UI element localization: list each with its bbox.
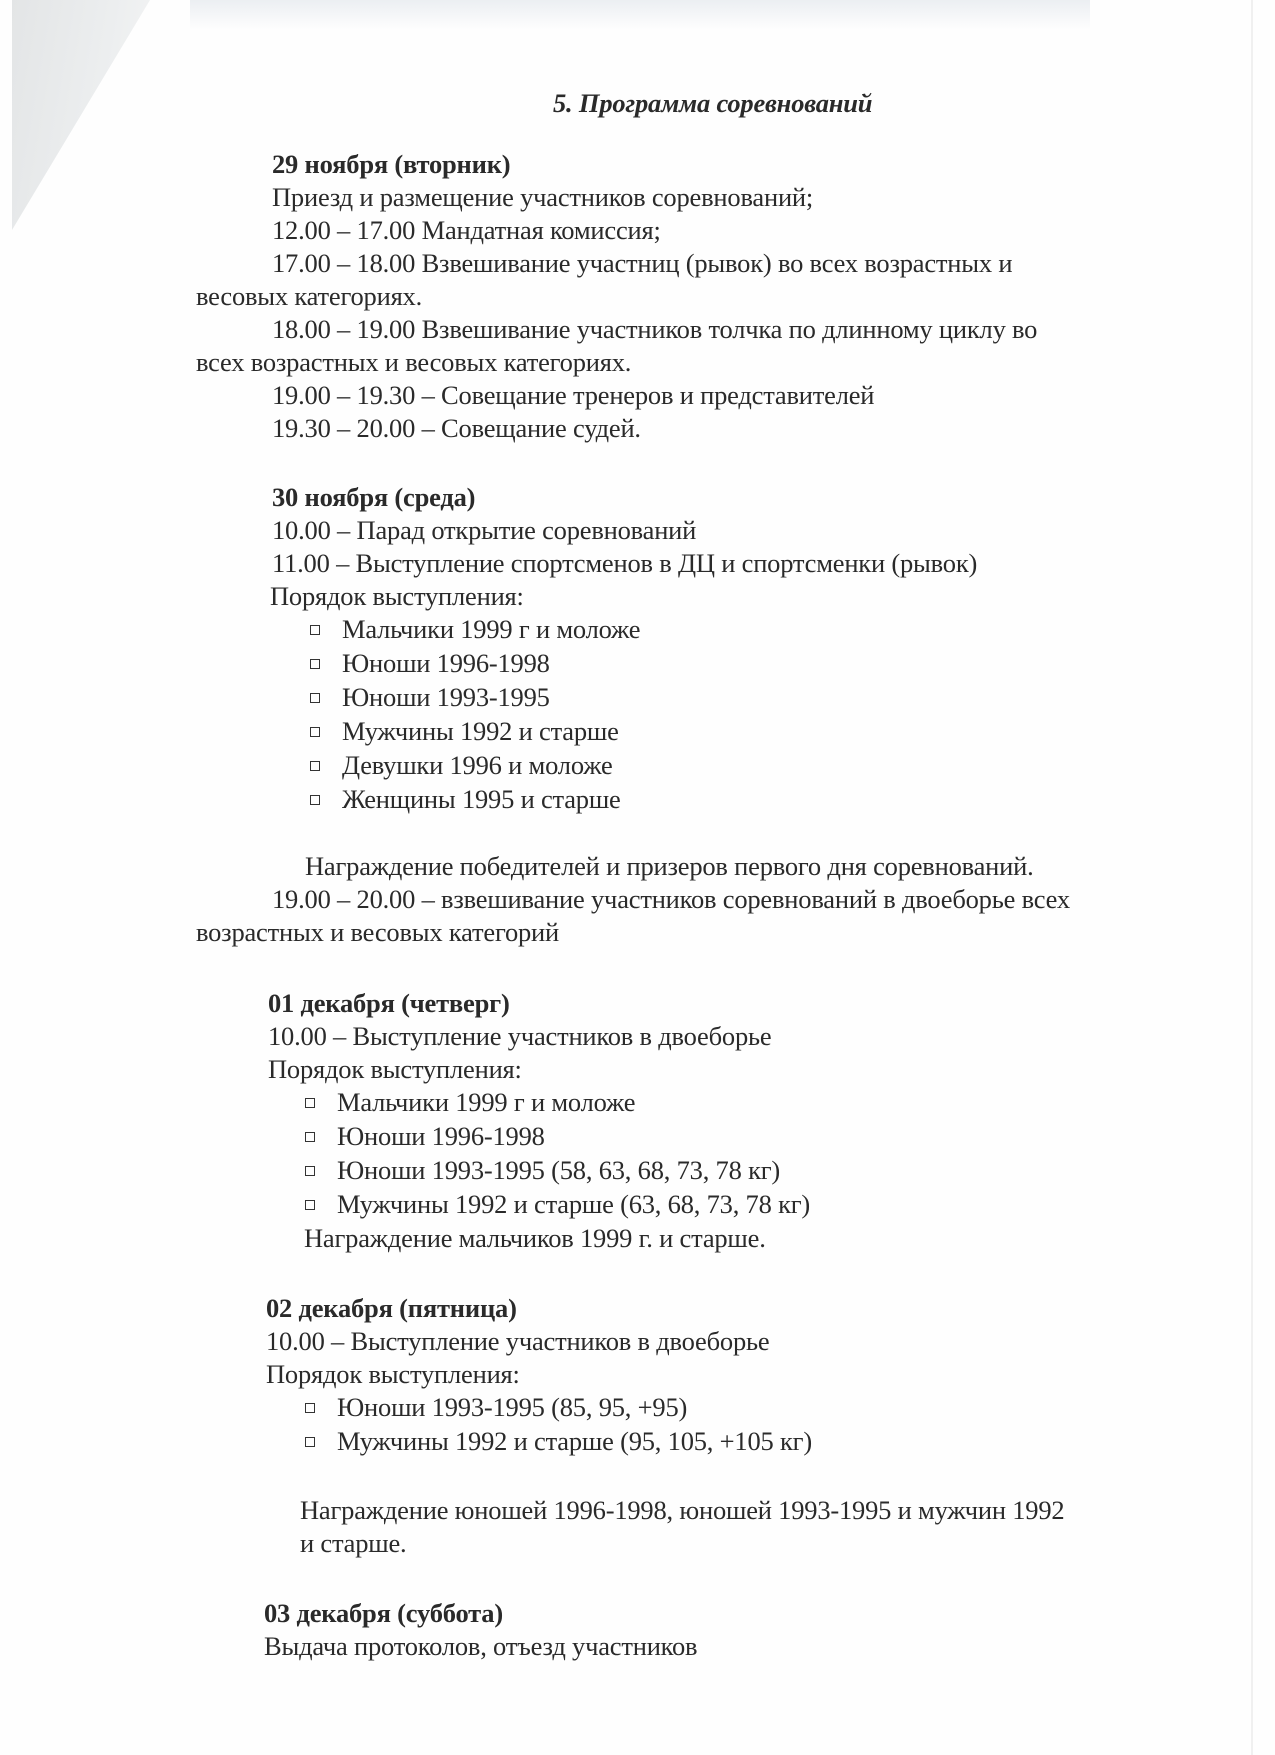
schedule-line: 18.00 – 19.00 Взвешивание участников тол… bbox=[272, 314, 1037, 344]
list-item-text: Девушки 1996 и моложе bbox=[342, 750, 613, 780]
schedule-line: 10.00 – Выступление участников в двоебор… bbox=[268, 1021, 771, 1051]
list-item: Мужчины 1992 и старше (63, 68, 73, 78 кг… bbox=[305, 1189, 810, 1219]
square-bullet-icon bbox=[305, 1166, 315, 1176]
square-bullet-icon bbox=[310, 659, 320, 669]
schedule-line: 12.00 – 17.00 Мандатная комиссия; bbox=[272, 215, 661, 245]
list-item-text: Женщины 1995 и старше bbox=[342, 784, 621, 814]
award-line: Награждение юношей 1996-1998, юношей 199… bbox=[300, 1495, 1064, 1525]
list-item-text: Мужчины 1992 и старше (95, 105, +105 кг) bbox=[337, 1426, 812, 1456]
schedule-line: Приезд и размещение участников соревнова… bbox=[272, 182, 813, 212]
list-item-text: Мужчины 1992 и старше bbox=[342, 716, 619, 746]
schedule-line: 10.00 – Выступление участников в двоебор… bbox=[266, 1326, 769, 1356]
schedule-line: 19.00 – 20.00 – взвешивание участников с… bbox=[272, 884, 1070, 914]
list-item-text: Юноши 1993-1995 (85, 95, +95) bbox=[337, 1392, 687, 1422]
square-bullet-icon bbox=[305, 1132, 315, 1142]
list-item-text: Мальчики 1999 г и моложе bbox=[337, 1087, 635, 1117]
schedule-line: 10.00 – Парад открытие соревнований bbox=[272, 515, 696, 545]
square-bullet-icon bbox=[305, 1403, 315, 1413]
schedule-line: Порядок выступления: bbox=[268, 1054, 522, 1084]
schedule-line: Выдача протоколов, отъезд участников bbox=[264, 1631, 697, 1661]
list-item: Мужчины 1992 и старше (95, 105, +105 кг) bbox=[305, 1426, 812, 1456]
scan-bleed-through bbox=[190, 0, 1090, 30]
day-heading: 03 декабря (суббота) bbox=[264, 1598, 503, 1628]
schedule-line: 17.00 – 18.00 Взвешивание участниц (рыво… bbox=[272, 248, 1012, 278]
award-line: Награждение победителей и призеров перво… bbox=[305, 851, 1034, 881]
schedule-line: всех возрастных и весовых категориях. bbox=[196, 347, 631, 377]
square-bullet-icon bbox=[310, 761, 320, 771]
award-line: и старше. bbox=[300, 1528, 406, 1558]
list-item: Юноши 1993-1995 (58, 63, 68, 73, 78 кг) bbox=[305, 1155, 780, 1185]
square-bullet-icon bbox=[305, 1098, 315, 1108]
list-item-text: Юноши 1993-1995 (58, 63, 68, 73, 78 кг) bbox=[337, 1155, 780, 1185]
list-item: Юноши 1996-1998 bbox=[305, 1121, 545, 1151]
schedule-line: 19.30 – 20.00 – Совещание судей. bbox=[272, 413, 641, 443]
list-item: Юноши 1993-1995 (85, 95, +95) bbox=[305, 1392, 687, 1422]
day-heading: 29 ноября (вторник) bbox=[272, 149, 510, 179]
schedule-line: 11.00 – Выступление спортсменов в ДЦ и с… bbox=[272, 548, 977, 578]
list-item-text: Юноши 1993-1995 bbox=[342, 682, 550, 712]
schedule-line: Порядок выступления: bbox=[270, 581, 524, 611]
list-item: Мальчики 1999 г и моложе bbox=[305, 1087, 635, 1117]
square-bullet-icon bbox=[305, 1200, 315, 1210]
schedule-line: возрастных и весовых категорий bbox=[196, 917, 559, 947]
day-heading: 02 декабря (пятница) bbox=[266, 1293, 517, 1323]
schedule-line: 19.00 – 19.30 – Совещание тренеров и пре… bbox=[272, 380, 874, 410]
square-bullet-icon bbox=[310, 795, 320, 805]
square-bullet-icon bbox=[310, 693, 320, 703]
square-bullet-icon bbox=[310, 727, 320, 737]
list-item: Девушки 1996 и моложе bbox=[310, 750, 613, 780]
list-item: Мальчики 1999 г и моложе bbox=[310, 614, 640, 644]
list-item: Юноши 1996-1998 bbox=[310, 648, 550, 678]
schedule-line: Порядок выступления: bbox=[266, 1359, 520, 1389]
list-item: Женщины 1995 и старше bbox=[310, 784, 621, 814]
page-fold-corner bbox=[0, 0, 150, 235]
list-item-text: Юноши 1996-1998 bbox=[337, 1121, 545, 1151]
square-bullet-icon bbox=[310, 625, 320, 635]
list-item-text: Мужчины 1992 и старше (63, 68, 73, 78 кг… bbox=[337, 1189, 810, 1219]
square-bullet-icon bbox=[305, 1437, 315, 1447]
list-item: Юноши 1993-1995 bbox=[310, 682, 550, 712]
list-item-text: Мальчики 1999 г и моложе bbox=[342, 614, 640, 644]
page-edge bbox=[1251, 0, 1253, 1755]
list-item: Мужчины 1992 и старше bbox=[310, 716, 619, 746]
schedule-line: весовых категориях. bbox=[196, 281, 422, 311]
section-title: 5. Программа соревнований bbox=[553, 88, 872, 118]
list-item-text: Юноши 1996-1998 bbox=[342, 648, 550, 678]
day-heading: 01 декабря (четверг) bbox=[268, 988, 510, 1018]
day-heading: 30 ноября (среда) bbox=[272, 482, 475, 512]
award-line: Награждение мальчиков 1999 г. и старше. bbox=[304, 1223, 766, 1253]
